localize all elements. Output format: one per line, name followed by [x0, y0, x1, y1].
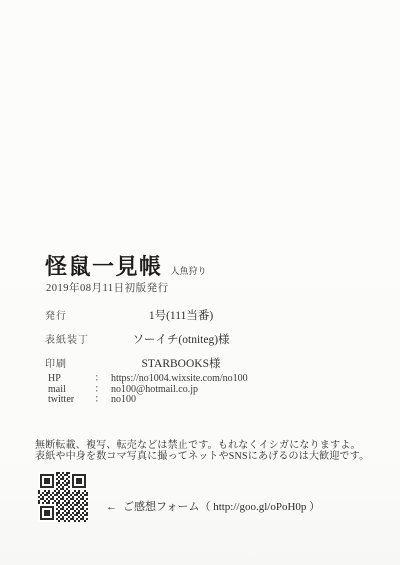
copyright-notice: 無断転載、複写、転売などは禁止です。もれなくイシガになりますよ。 表紙や中身を数…: [35, 441, 385, 462]
credit-row-cover-design: 表紙装丁 ソーイチ(otniteg)様: [45, 327, 251, 351]
left-arrow-icon: ←: [106, 501, 117, 513]
twitter-handle-text: no100: [111, 394, 136, 405]
credit-value: ソーイチ(otniteg)様: [111, 328, 251, 352]
book-subtitle: 人魚狩り: [171, 266, 207, 276]
title-block: 怪鼠一見帳 人魚狩り: [45, 250, 207, 281]
hp-url-text: https://no1004.wixsite.com/no100: [111, 373, 248, 384]
notice-line: 無断転載、複写、転売などは禁止です。もれなくイシガになりますよ。: [35, 441, 385, 452]
contact-row-mail: mail ： no100@hotmail.co.jp: [48, 385, 248, 396]
credit-label: 発行: [45, 305, 107, 329]
book-title: 怪鼠一見帳: [45, 254, 163, 279]
contact-row-twitter: twitter ： no100: [48, 395, 248, 406]
feedback-form-label: ご感想フォーム（ http://goo.gl/oPoH0p ）: [123, 501, 320, 513]
colophon-page: 怪鼠一見帳 人魚狩り 2019年08月11日初版発行 発行 1号(111当番) …: [0, 0, 400, 565]
edition-line: 2019年08月11日初版発行: [46, 280, 169, 295]
contact-separator: ：: [95, 374, 109, 385]
feedback-row: ←ご感想フォーム（ http://goo.gl/oPoH0p ）: [38, 472, 320, 522]
contact-label: HP: [48, 374, 92, 385]
feedback-form-caption: ←ご感想フォーム（ http://goo.gl/oPoH0p ）: [106, 498, 320, 514]
credit-row-printer: 印刷 STARBOOKS様: [45, 351, 251, 375]
credit-label: 表紙装丁: [45, 329, 107, 353]
credits-table: 発行 1号(111当番) 表紙装丁 ソーイチ(otniteg)様 印刷 STAR…: [45, 303, 251, 375]
mail-address-text: no100@hotmail.co.jp: [111, 384, 198, 395]
credit-row-publisher: 発行 1号(111当番): [45, 303, 251, 327]
contact-label: twitter: [48, 395, 92, 406]
qr-code-icon: [38, 472, 88, 522]
contact-separator: ：: [95, 395, 109, 406]
notice-line: 表紙や中身を数コマ写真に撮ってネットやSNSにあげるのは大歓迎です。: [35, 452, 385, 463]
contact-list: HP ： https://no1004.wixsite.com/no100 ma…: [48, 374, 248, 406]
credit-value: 1号(111当番): [111, 304, 251, 328]
